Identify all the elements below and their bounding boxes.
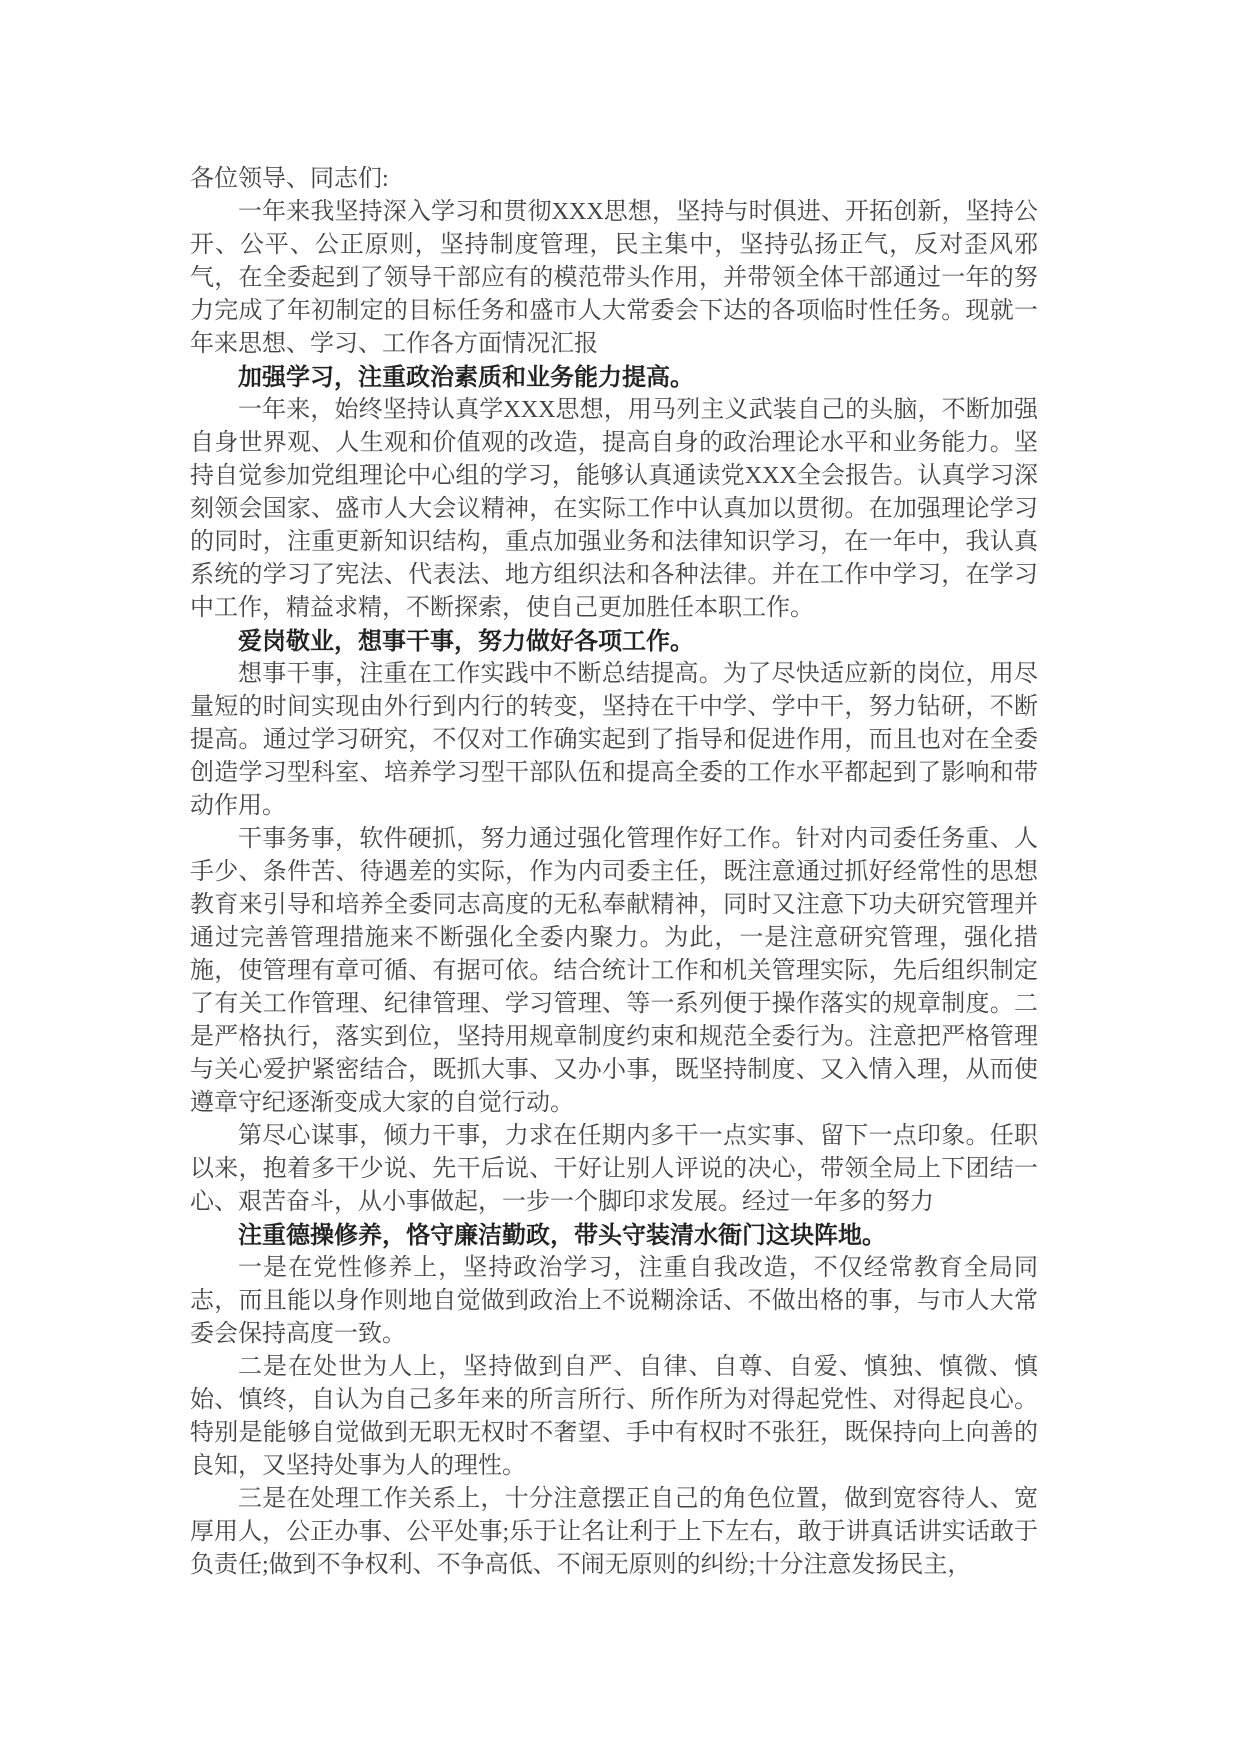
paragraph-thinking-work: 想事干事，注重在工作实践中不断总结提高。为了尽快适应新的岗位，用尽量短的时间实现… [190, 658, 1038, 823]
paragraph-conduct: 二是在处世为人上，坚持做到自严、自律、自尊、自爱、慎独、慎微、慎始、慎终，自认为… [190, 1351, 1038, 1483]
document-page: 各位领导、同志们: 一年来我坚持深入学习和贯彻XXX思想，坚持与时俱进、开拓创新… [0, 0, 1240, 1754]
paragraph-intro: 一年来我坚持深入学习和贯彻XXX思想，坚持与时俱进、开拓创新，坚持公开、公平、公… [190, 196, 1038, 361]
section-heading-integrity: 注重德操修养，恪守廉洁勤政，带头守装清水衙门这块阵地。 [190, 1219, 1038, 1252]
section-heading-dedication: 爱岗敬业，想事干事，努力做好各项工作。 [190, 625, 1038, 658]
salutation: 各位领导、同志们: [190, 163, 1038, 196]
paragraph-party-spirit: 一是在党性修养上，坚持政治学习，注重自我改造，不仅经常教育全局同志，而且能以身作… [190, 1252, 1038, 1351]
document-body: 各位领导、同志们: 一年来我坚持深入学习和贯彻XXX思想，坚持与时俱进、开拓创新… [190, 163, 1038, 1582]
section-heading-study: 加强学习，注重政治素质和业务能力提高。 [190, 361, 1038, 394]
paragraph-devotion: 第尽心谋事，倾力干事，力求在任期内多干一点实事、留下一点印象。任职以来，抱着多干… [190, 1120, 1038, 1219]
paragraph-management: 干事务事，软件硬抓，努力通过强化管理作好工作。针对内司委任务重、人手少、条件苦、… [190, 823, 1038, 1120]
paragraph-work-relations: 三是在处理工作关系上，十分注意摆正自己的角色位置，做到宽容待人、宽厚用人，公正办… [190, 1483, 1038, 1582]
paragraph-study-detail: 一年来，始终坚持认真学XXX思想，用马列主义武装自己的头脑，不断加强自身世界观、… [190, 394, 1038, 625]
